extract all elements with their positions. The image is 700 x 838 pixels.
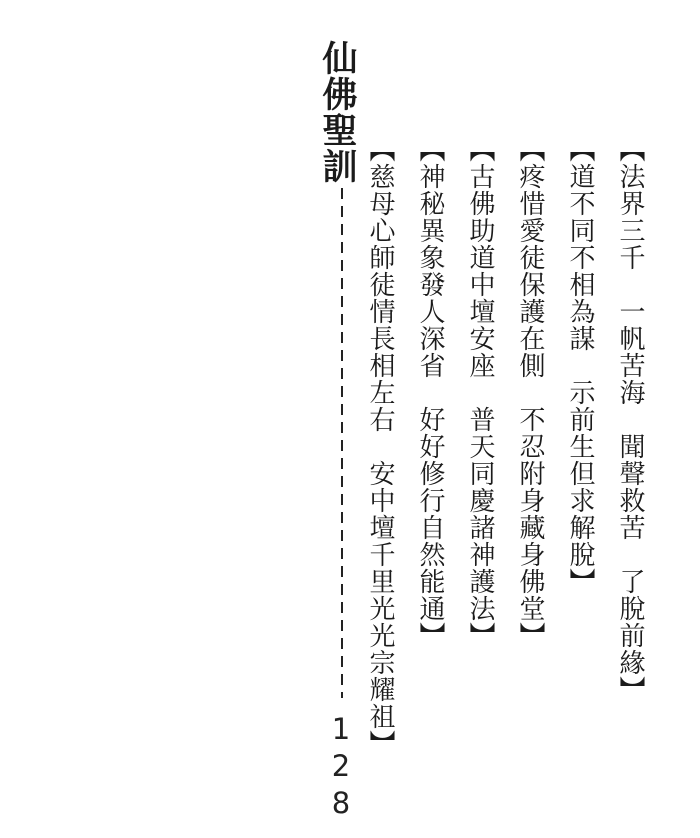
verse-line-5: 【神秘異象發人深省 好好修行自然能通】: [405, 136, 455, 776]
verse-line-2: 【道不同不相為謀 示前生但求解脫】: [555, 136, 605, 776]
verse-line-6: 【慈母心師徒情長相左右 安中壇千里光光宗耀祖】: [355, 136, 405, 776]
scanned-book-page: 仙佛聖訓 128 【法界三千 一帆苦海 聞聲救苦 了脫前緣】 【道不同不相為謀 …: [0, 0, 700, 838]
title-dashed-rule: [341, 188, 343, 698]
verse-line-3: 【疼惜愛徒保護在側 不忍附身藏身佛堂】: [505, 136, 555, 776]
verse-block: 【法界三千 一帆苦海 聞聲救苦 了脫前緣】 【道不同不相為謀 示前生但求解脫】 …: [349, 136, 655, 776]
verse-line-4: 【古佛助道中壇安座 普天同慶諸神護法】: [455, 136, 505, 776]
verse-line-1: 【法界三千 一帆苦海 聞聲救苦 了脫前緣】: [605, 136, 655, 776]
